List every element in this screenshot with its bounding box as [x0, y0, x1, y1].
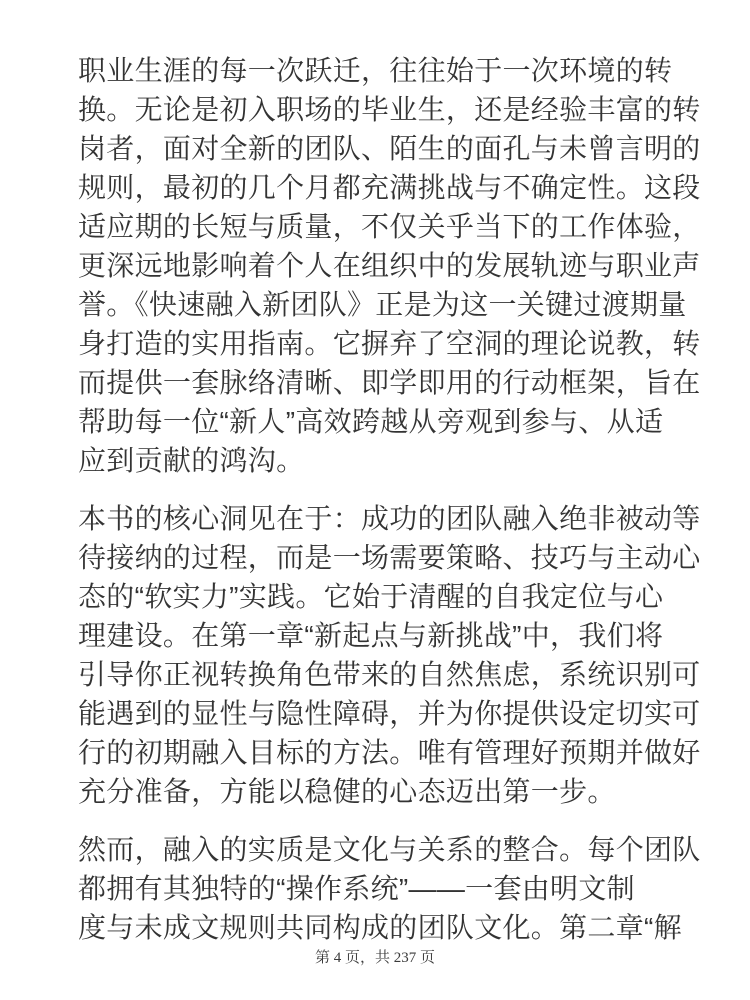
text-line: 行的初期融入目标的方法。唯有管理好预期并做好 [78, 733, 678, 772]
paragraph: 然而，融入的实质是文化与关系的整合。每个团队都拥有其独特的“操作系统”——一套由… [78, 830, 678, 947]
text-line: 待接纳的过程，而是一场需要策略、技巧与主动心 [78, 538, 678, 577]
text-line: 态的“软实力”实践。它始于清醒的自我定位与心 [78, 577, 678, 616]
text-line: 理建设。在第一章“新起点与新挑战”中，我们将 [78, 616, 678, 655]
text-line: 度与未成文规则共同构成的团队文化。第二章“解 [78, 908, 678, 947]
text-line: 本书的核心洞见在于：成功的团队融入绝非被动等 [78, 499, 678, 538]
text-line: 充分准备，方能以稳健的心态迈出第一步。 [78, 772, 678, 811]
page-number-label: 第 4 页，共 237 页 [315, 950, 435, 966]
text-line: 换。无论是初入职场的毕业生，还是经验丰富的转 [78, 90, 678, 129]
paragraph: 本书的核心洞见在于：成功的团队融入绝非被动等待接纳的过程，而是一场需要策略、技巧… [78, 499, 678, 811]
text-line: 岗者，面对全新的团队、陌生的面孔与未曾言明的 [78, 129, 678, 168]
document-page: 职业生涯的每一次跃迁，往往始于一次环境的转换。无论是初入职场的毕业生，还是经验丰… [0, 0, 750, 1000]
text-line: 更深远地影响着个人在组织中的发展轨迹与职业声 [78, 246, 678, 285]
page-body: 职业生涯的每一次跃迁，往往始于一次环境的转换。无论是初入职场的毕业生，还是经验丰… [78, 51, 678, 947]
text-line: 应到贡献的鸿沟。 [78, 441, 678, 480]
text-line: 规则，最初的几个月都充满挑战与不确定性。这段 [78, 168, 678, 207]
text-line: 引导你正视转换角色带来的自然焦虑，系统识别可 [78, 655, 678, 694]
text-line: 然而，融入的实质是文化与关系的整合。每个团队 [78, 830, 678, 869]
text-line: 能遇到的显性与隐性障碍，并为你提供设定切实可 [78, 694, 678, 733]
paragraph: 职业生涯的每一次跃迁，往往始于一次环境的转换。无论是初入职场的毕业生，还是经验丰… [78, 51, 678, 480]
text-line: 身打造的实用指南。它摒弃了空洞的理论说教，转 [78, 324, 678, 363]
page-footer: 第 4 页，共 237 页 [0, 946, 750, 967]
text-line: 誉。《快速融入新团队》正是为这一关键过渡期量 [78, 285, 678, 324]
text-line: 而提供一套脉络清晰、即学即用的行动框架，旨在 [78, 363, 678, 402]
text-line: 帮助每一位“新人”高效跨越从旁观到参与、从适 [78, 402, 678, 441]
text-line: 适应期的长短与质量，不仅关乎当下的工作体验， [78, 207, 678, 246]
text-line: 职业生涯的每一次跃迁，往往始于一次环境的转 [78, 51, 678, 90]
text-line: 都拥有其独特的“操作系统”——一套由明文制 [78, 869, 678, 908]
